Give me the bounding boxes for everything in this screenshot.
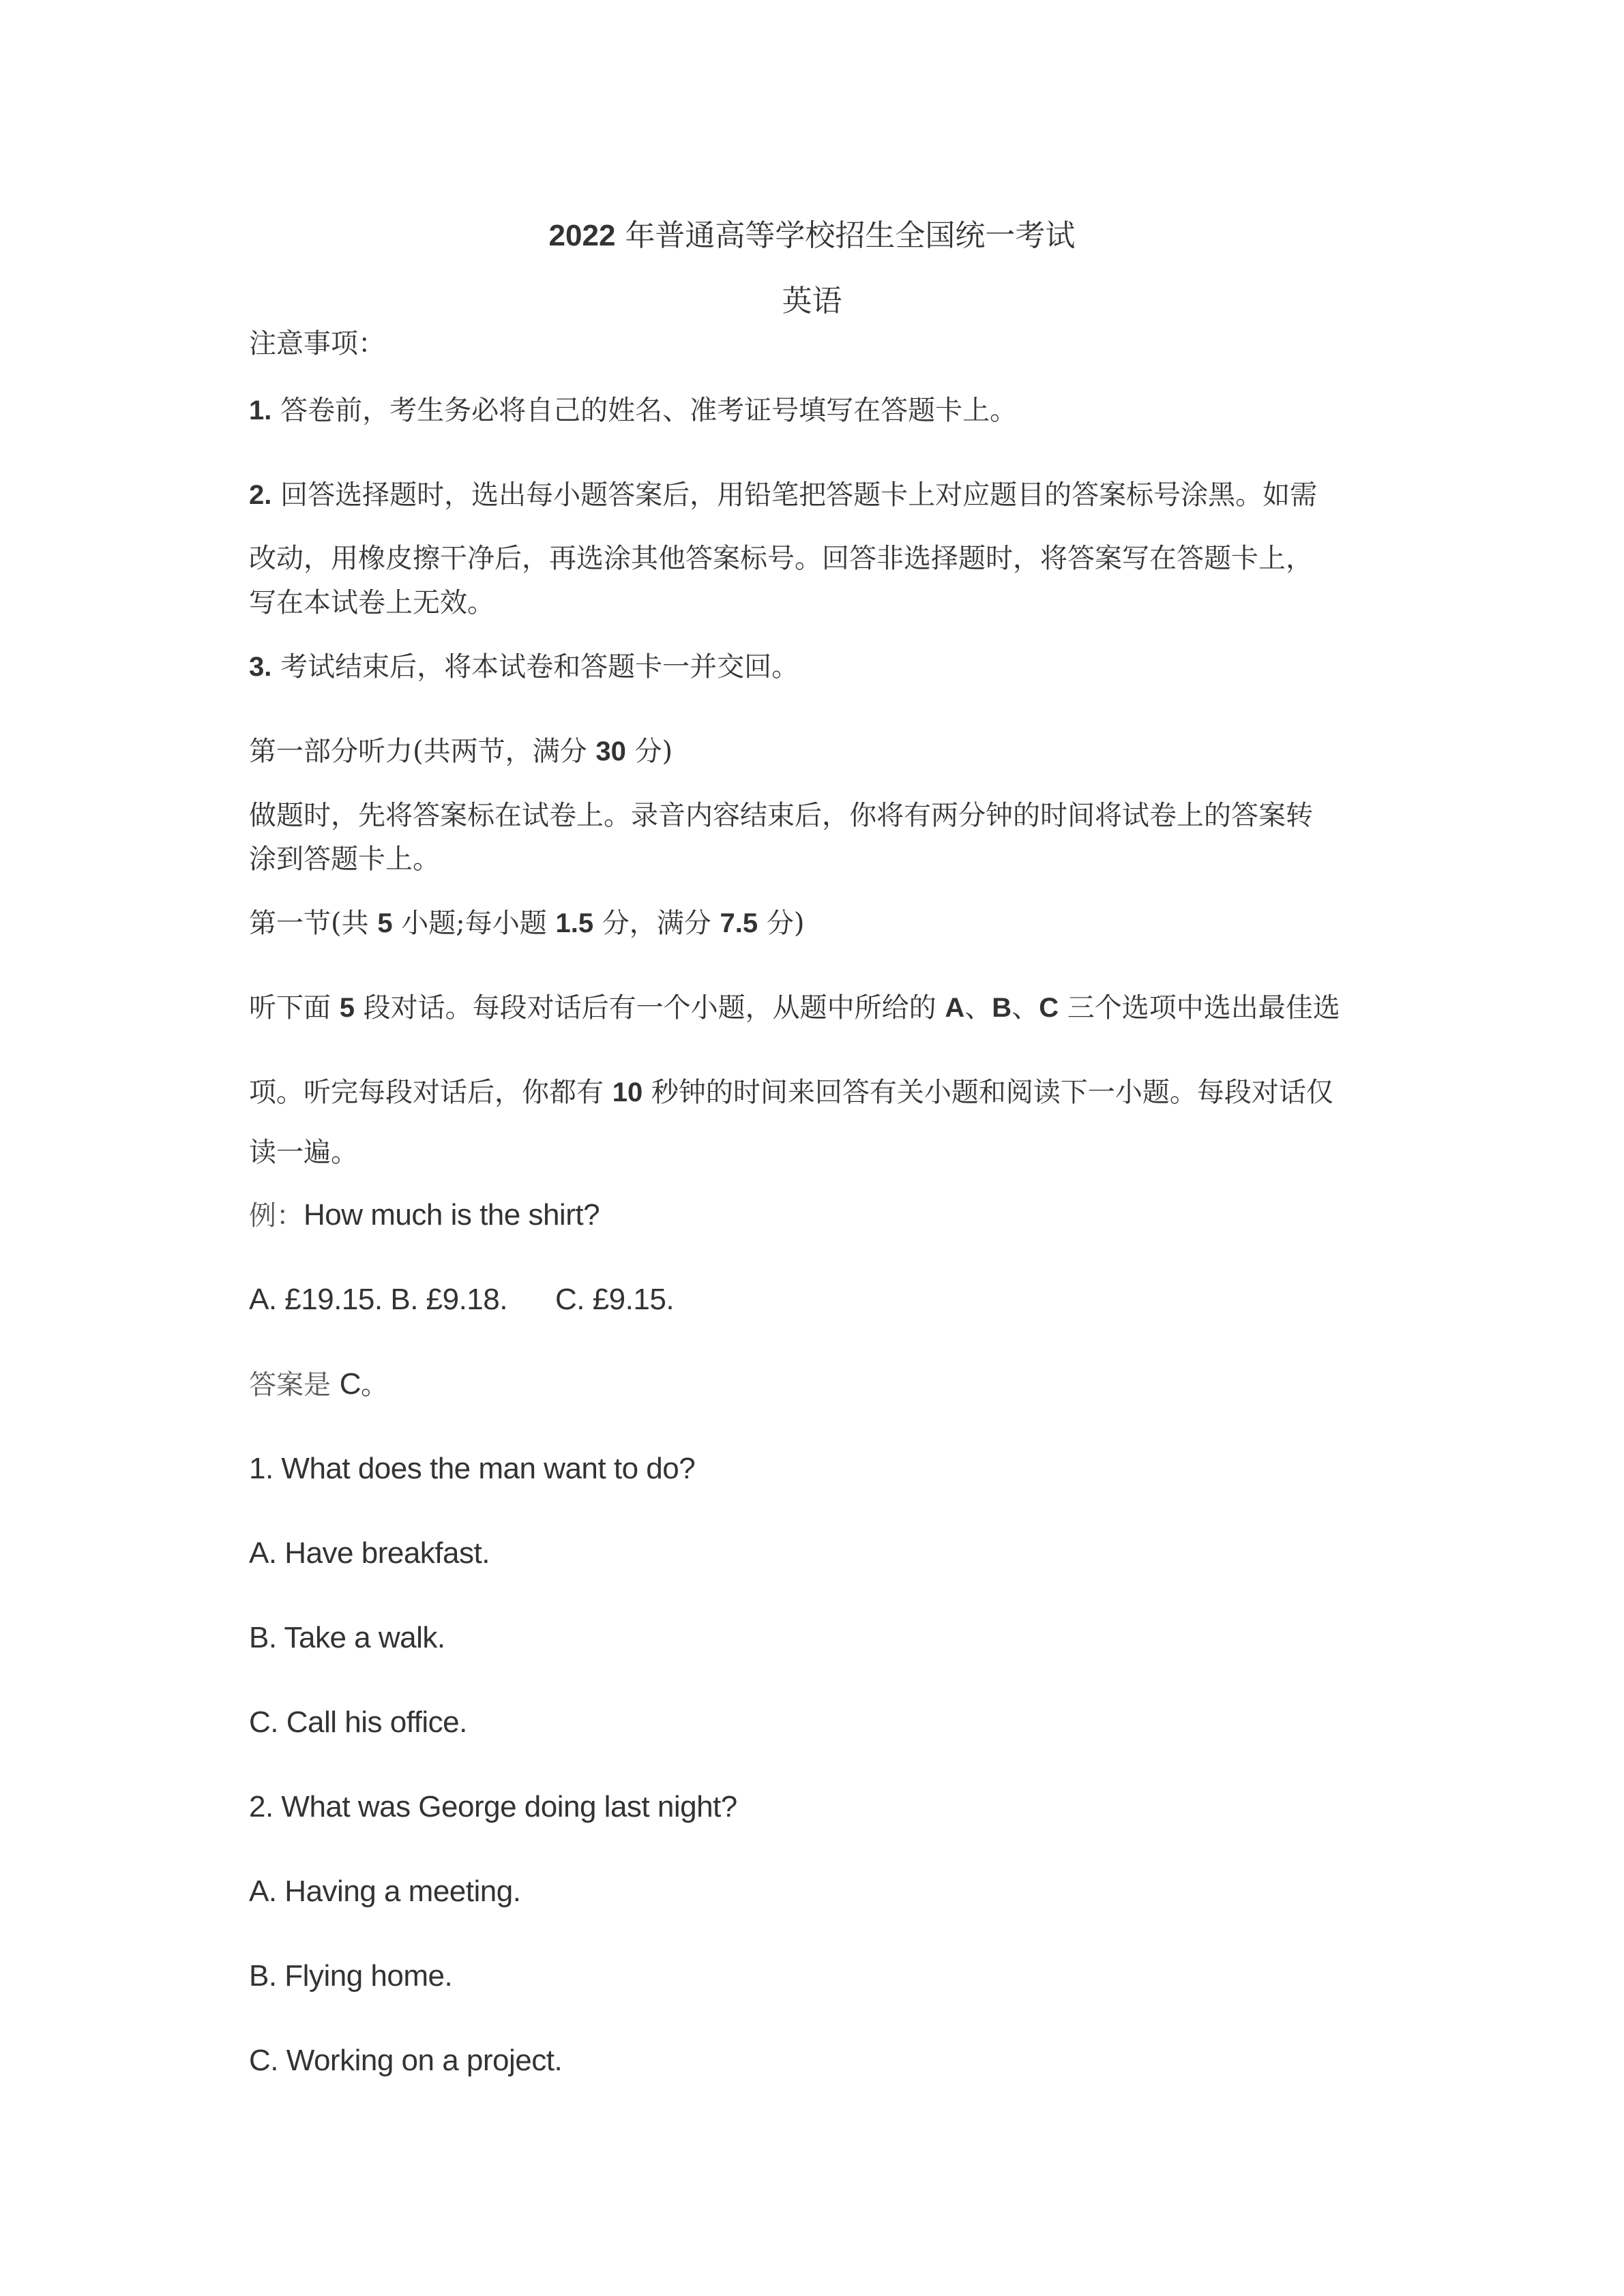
part1-heading-end: 分) bbox=[626, 736, 673, 767]
note-2-line-3: 写在本试卷上无效。 bbox=[249, 585, 1388, 621]
option-letter-b: B bbox=[992, 993, 1012, 1023]
example-answer-value: C bbox=[340, 1367, 361, 1401]
example-option-a: A. £19.15. bbox=[249, 1283, 383, 1316]
notes-heading: 注意事项： bbox=[249, 326, 1388, 361]
points-per-question: 1.5 bbox=[555, 908, 593, 938]
section1-heading-text: 分，满分 bbox=[593, 908, 720, 939]
instr-text: 项。听完每段对话后，你都有 bbox=[249, 1077, 612, 1108]
section1-heading-text: 第一节(共 bbox=[249, 908, 377, 939]
section1-instructions-line-1: 听下面 5 段对话。每段对话后有一个小题，从题中所给的 A、B、C 三个选项中选… bbox=[249, 990, 1388, 1026]
example-answer-label: 答案是 bbox=[249, 1369, 340, 1401]
note-3: 3. 考试结束后，将本试卷和答题卡一并交回。 bbox=[249, 649, 1388, 685]
example-question-text: How much is the shirt? bbox=[304, 1198, 600, 1232]
section1-heading-text: 小题;每小题 bbox=[393, 908, 556, 939]
separator: 、 bbox=[964, 992, 992, 1024]
section1-heading-text: 分) bbox=[758, 908, 804, 939]
note-1: 1. 答卷前，考生务必将自己的姓名、准考证号填写在答题卡上。 bbox=[249, 393, 1388, 428]
instr-text: 段对话。每段对话后有一个小题，从题中所给的 bbox=[355, 992, 945, 1024]
question-2-option-b: B. Flying home. bbox=[249, 1958, 1388, 1994]
part1-instructions-line-2: 涂到答题卡上。 bbox=[249, 841, 1388, 877]
part1-instructions-line-1: 做题时，先将答案标在试卷上。录音内容结束后，你将有两分钟的时间将试卷上的答案转 bbox=[249, 798, 1388, 833]
exam-title: 2022 年普通高等学校招生全国统一考试 bbox=[0, 218, 1624, 254]
section1-instructions-line-2: 项。听完每段对话后，你都有 10 秒钟的时间来回答有关小题和阅读下一小题。每段对… bbox=[249, 1075, 1388, 1110]
section-total-score: 7.5 bbox=[720, 908, 758, 938]
question-2-option-a: A. Having a meeting. bbox=[249, 1874, 1388, 1909]
question-2-option-c: C. Working on a project. bbox=[249, 2043, 1388, 2078]
section1-heading: 第一节(共 5 小题;每小题 1.5 分，满分 7.5 分) bbox=[249, 906, 1388, 941]
instr-text: 三个选项中选出最佳选 bbox=[1059, 992, 1340, 1024]
separator: 、 bbox=[1012, 992, 1039, 1024]
part1-heading: 第一部分听力(共两节，满分 30 分) bbox=[249, 734, 1388, 769]
part1-total-score: 30 bbox=[595, 736, 626, 766]
note-2-line-1: 2. 回答选择题时，选出每小题答案后，用铅笔把答题卡上对应题目的答案标号涂黑。如… bbox=[249, 477, 1388, 513]
example-option-b: B. £9.18. bbox=[390, 1283, 507, 1316]
instr-text: 秒钟的时间来回答有关小题和阅读下一小题。每段对话仅 bbox=[643, 1077, 1333, 1108]
note-number: 2. bbox=[249, 480, 271, 510]
section1-instructions-line-3: 读一遍。 bbox=[249, 1135, 1388, 1170]
note-number: 1. bbox=[249, 396, 271, 426]
example-answer-end: 。 bbox=[361, 1369, 388, 1401]
exam-subject: 英语 bbox=[0, 284, 1624, 319]
seconds-count: 10 bbox=[612, 1077, 643, 1107]
title-text: 年普通高等学校招生全国统一考试 bbox=[625, 218, 1075, 253]
option-letter-a: A bbox=[945, 993, 964, 1023]
note-number: 3. bbox=[249, 652, 271, 682]
question-2: 2. What was George doing last night? bbox=[249, 1789, 1388, 1825]
example-options: A. £19.15. B. £9.18.C. £9.15. bbox=[249, 1282, 1388, 1317]
question-count: 5 bbox=[377, 908, 392, 938]
question-1-option-b: B. Take a walk. bbox=[249, 1620, 1388, 1656]
example-label: 例： bbox=[249, 1200, 304, 1232]
question-1: 1. What does the man want to do? bbox=[249, 1451, 1388, 1487]
instr-text: 听下面 bbox=[249, 992, 340, 1024]
example-question: 例：How much is the shirt? bbox=[249, 1197, 1388, 1234]
note-text: 考试结束后，将本试卷和答题卡一并交回。 bbox=[280, 651, 799, 683]
example-option-c: C. £9.15. bbox=[555, 1283, 674, 1316]
example-answer: 答案是 C。 bbox=[249, 1367, 1388, 1403]
title-year: 2022 bbox=[549, 219, 616, 252]
note-text: 答卷前，考生务必将自己的姓名、准考证号填写在答题卡上。 bbox=[280, 395, 1017, 426]
question-1-option-a: A. Have breakfast. bbox=[249, 1536, 1388, 1571]
note-text: 回答选择题时，选出每小题答案后，用铅笔把答题卡上对应题目的答案标号涂黑。如需 bbox=[280, 479, 1317, 511]
exam-page: 2022 年普通高等学校招生全国统一考试 英语 注意事项： 1. 答卷前，考生务… bbox=[0, 0, 1624, 2296]
option-letter-c: C bbox=[1039, 993, 1059, 1023]
part1-heading-text: 第一部分听力(共两节，满分 bbox=[249, 736, 595, 767]
question-1-option-c: C. Call his office. bbox=[249, 1705, 1388, 1740]
dialogue-count: 5 bbox=[340, 993, 355, 1023]
note-2-line-2: 改动，用橡皮擦干净后，再选涂其他答案标号。回答非选择题时，将答案写在答题卡上， bbox=[249, 541, 1388, 576]
